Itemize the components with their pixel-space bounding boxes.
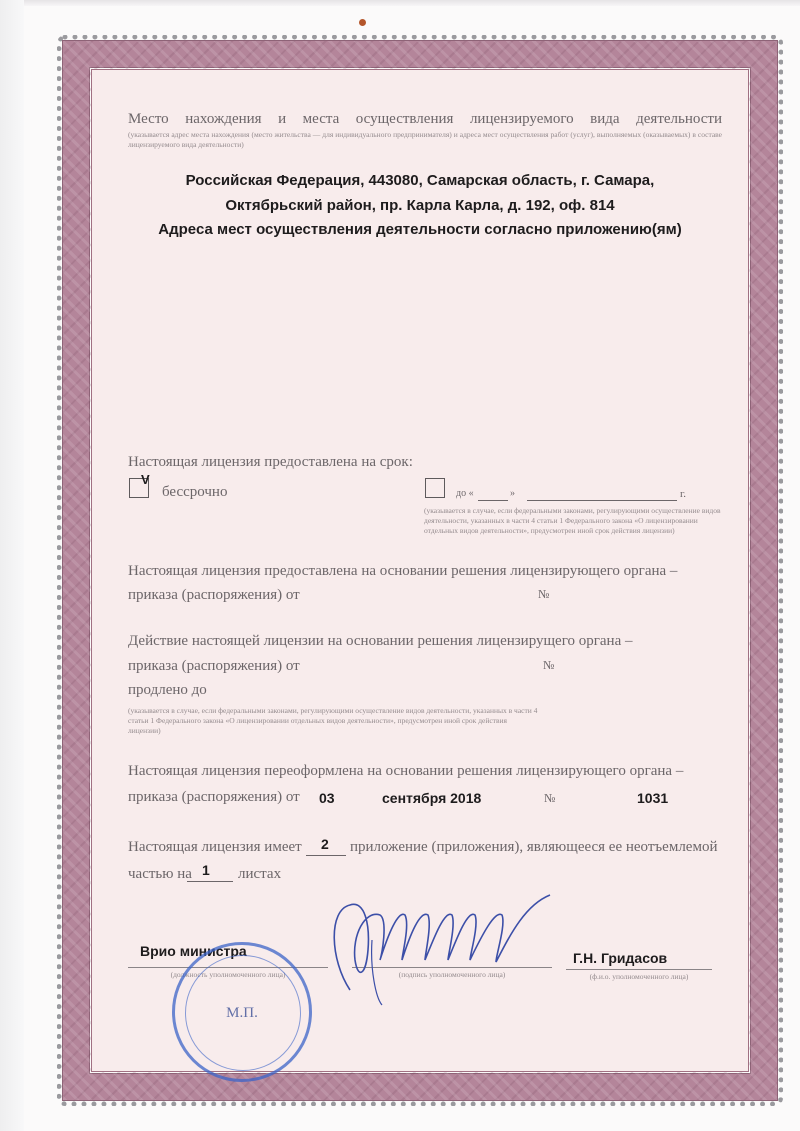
address-line-3: Адреса мест осуществления деятельности с… [100, 221, 740, 238]
appendix-count-underline [306, 855, 346, 856]
name-caption: (ф.и.о. уполномоченного лица) [566, 972, 712, 982]
paper-speck [359, 19, 366, 26]
until-month-year-field[interactable] [527, 500, 677, 501]
appendix-count: 2 [321, 836, 329, 852]
appendix-line2-suffix: листах [238, 866, 281, 883]
reissued-month-year: сентября 2018 [382, 790, 481, 806]
address-line-1: Российская Федерация, 443080, Самарская … [100, 172, 740, 189]
until-quote-close: » [510, 488, 515, 499]
name-line [566, 969, 712, 970]
appendix-line1-prefix: Настоящая лицензия имеет [128, 839, 302, 856]
extended-note: (указывается в случае, если федеральными… [128, 706, 538, 736]
reissued-day: 03 [319, 790, 335, 806]
official-seal: М.П. [172, 942, 312, 1082]
appendix-line2-prefix: частью на [128, 866, 192, 883]
extended-line-2: приказа (распоряжения) от [128, 658, 300, 675]
extended-number-label: № [543, 658, 554, 673]
granted-line-2: приказа (распоряжения) от [128, 587, 300, 604]
scan-edge-left [0, 0, 24, 1131]
scan-edge [0, 0, 800, 6]
granted-line-1: Настоящая лицензия предоставлена на осно… [128, 563, 677, 580]
until-note: (указывается в случае, если федеральными… [424, 506, 724, 536]
until-year-suffix: г. [680, 488, 686, 500]
location-note: (указывается адрес места нахождения (мес… [128, 130, 722, 150]
check-mark: V [141, 472, 150, 487]
until-day-field[interactable] [478, 500, 508, 501]
reissued-line-1: Настоящая лицензия переоформлена на осно… [128, 763, 683, 780]
reissued-number-label: № [544, 791, 555, 806]
seal-text: М.П. [175, 1005, 309, 1022]
appendix-sheets-underline [187, 881, 233, 882]
signer-name: Г.Н. Гридасов [573, 950, 667, 966]
handwritten-signature [310, 880, 580, 1010]
term-heading: Настоящая лицензия предоставлена на срок… [128, 454, 413, 471]
granted-number-label: № [538, 587, 549, 602]
extended-line-3: продлено до [128, 682, 207, 699]
reissued-line-2: приказа (распоряжения) от [128, 789, 300, 806]
appendix-line1-suffix: приложение (приложения), являющееся ее н… [350, 839, 718, 856]
until-prefix: до « [456, 488, 474, 499]
indefinite-label: бессрочно [162, 484, 227, 501]
extended-line-1: Действие настоящей лицензии на основании… [128, 633, 633, 650]
appendix-sheets: 1 [202, 862, 210, 878]
location-heading: Место нахождения и места осуществления л… [128, 111, 722, 128]
until-date-checkbox[interactable] [425, 478, 445, 498]
reissued-number: 1031 [637, 790, 668, 806]
address-line-2: Октябрьский район, пр. Карла Карла, д. 1… [100, 197, 740, 214]
